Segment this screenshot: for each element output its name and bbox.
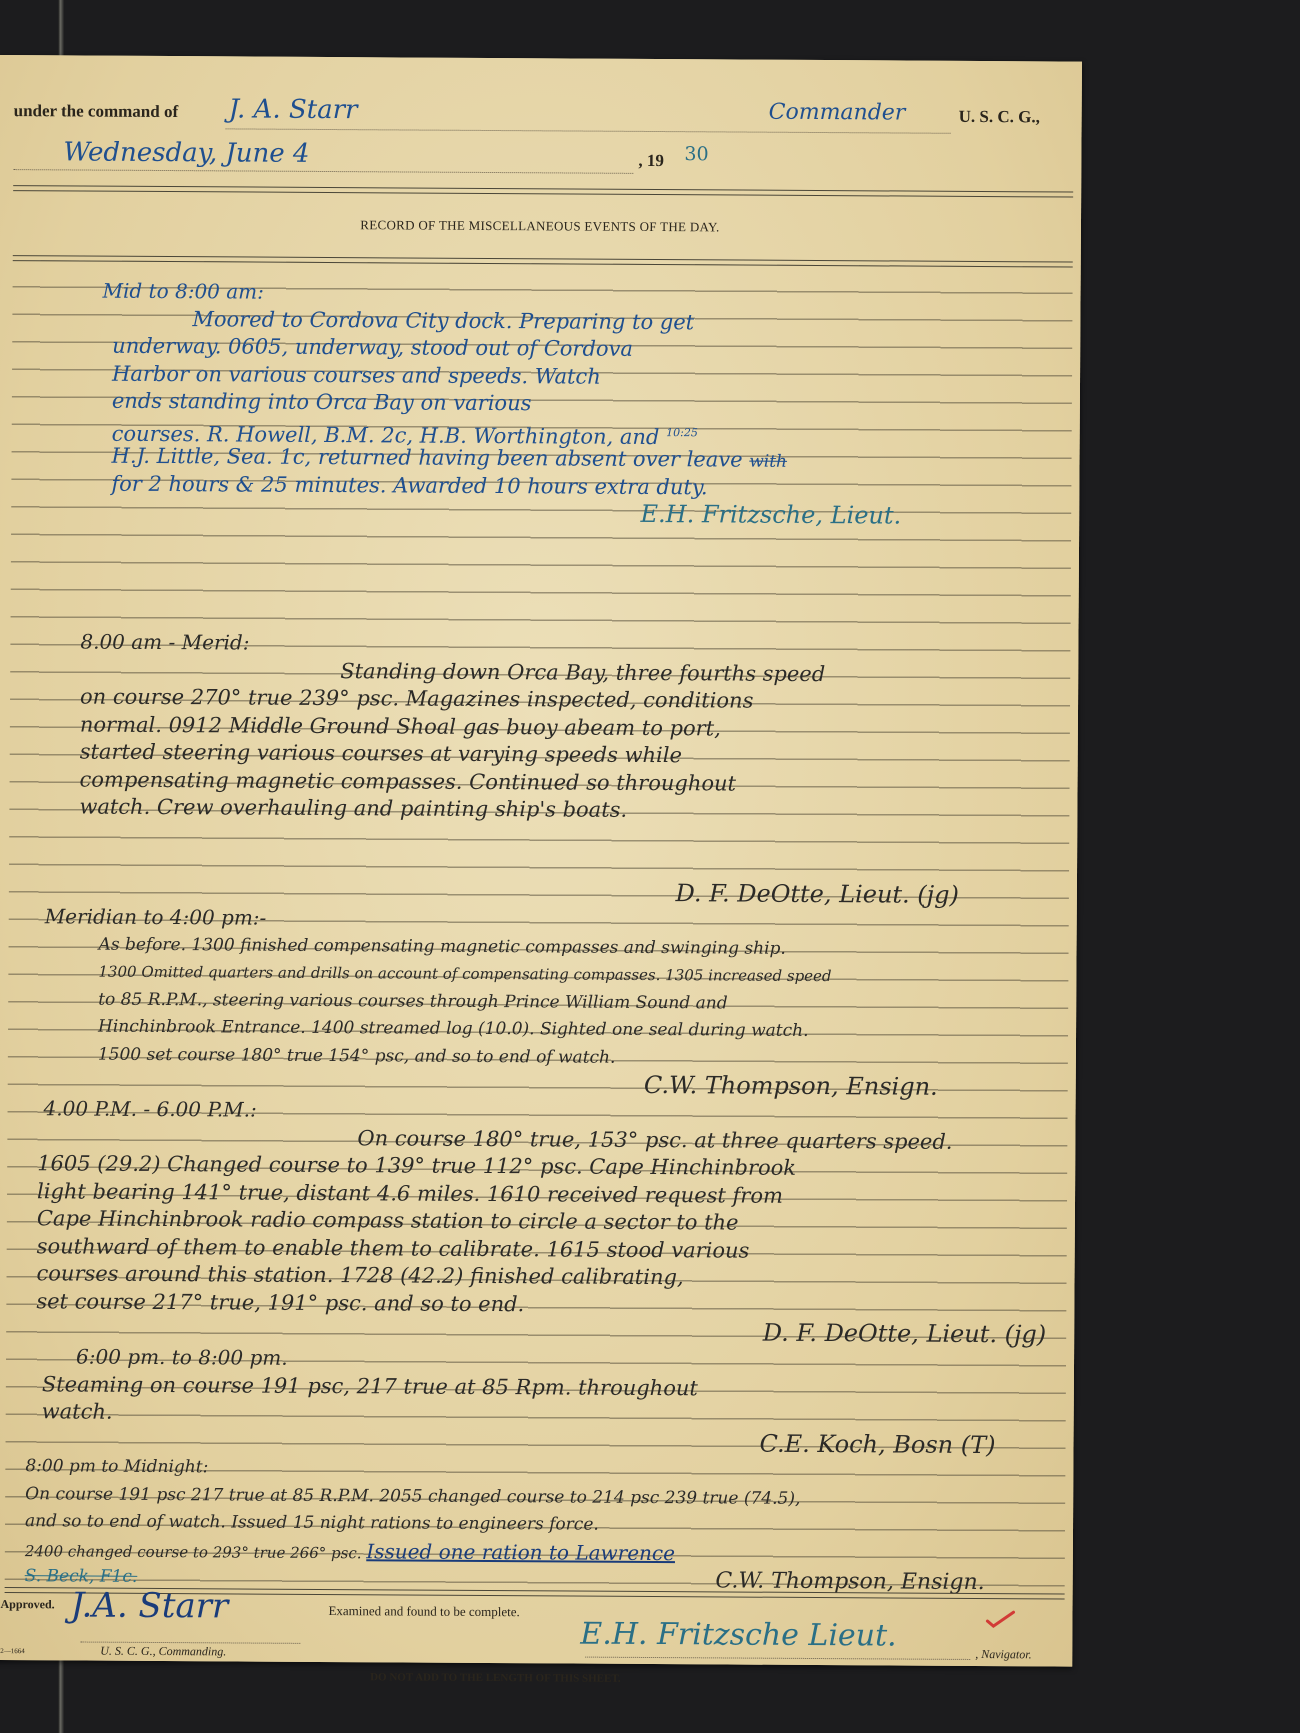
year-handwritten: 30 xyxy=(684,143,708,165)
commanding-label: U. S. C. G., Commanding. xyxy=(100,1644,226,1660)
command-line: under the command of J. A. Starr Command… xyxy=(14,95,1074,141)
entry-line-text: 2400 changed course to 293° true 266° ps… xyxy=(25,1542,362,1562)
time-annotation: 10:25 xyxy=(666,426,698,439)
length-warning: DO NOT ADD TO THE LENGTH OF THIS SHEET. xyxy=(370,1671,621,1685)
navigator-signature: E.H. Fritzsche Lieut. xyxy=(580,1617,896,1654)
navigator-dotted-rule xyxy=(585,1657,970,1660)
struck-word: with xyxy=(749,452,787,472)
command-label: under the command of xyxy=(14,101,179,122)
year-printed: , 19 xyxy=(638,151,664,171)
log-page: under the command of J. A. Starr Command… xyxy=(0,55,1082,1667)
log-entry-mid-to-0800: Mid to 8:00 am: Moored to Cordova City d… xyxy=(11,277,1072,531)
commanding-officer: J. A. Starr xyxy=(229,94,358,125)
section-title: RECORD OF THE MISCELLANEOUS EVENTS OF TH… xyxy=(0,215,1081,238)
log-entry-meridian-to-1600: Meridian to 4:00 pm:- As before. 1300 fi… xyxy=(8,903,1069,1102)
log-entry-1600-to-1800: 4.00 P.M. - 6.00 P.M.: On course 180° tr… xyxy=(6,1095,1067,1349)
form-number: 2—1664 xyxy=(0,1647,25,1655)
approved-label: Approved. xyxy=(0,1597,54,1612)
header-double-rule xyxy=(13,185,1073,197)
date-handwritten: Wednesday, June 4 xyxy=(63,137,309,169)
service-suffix: U. S. C. G., xyxy=(959,107,1040,127)
commanding-rank: Commander xyxy=(769,100,906,126)
log-entry-0800-to-meridian: 8.00 am - Merid: Standing down Orca Bay,… xyxy=(9,628,1071,909)
date-dotted-rule xyxy=(13,169,633,174)
log-entry-2000-to-midnight: 8:00 pm to Midnight: On course 191 psc 2… xyxy=(5,1453,1066,1597)
log-entry-1800-to-2000: 6:00 pm. to 8:00 pm. Steaming on course … xyxy=(5,1343,1066,1459)
date-line: Wednesday, June 4 , 19 30 xyxy=(13,137,1073,183)
entry-line-text: H.J. Little, Sea. 1c, returned having be… xyxy=(111,444,742,472)
examined-label: Examined and found to be complete. xyxy=(328,1603,519,1620)
navigator-label: , Navigator. xyxy=(975,1647,1031,1662)
approval-footer: Approved. J.A. Starr 2—1664 U. S. C. G.,… xyxy=(0,1585,1073,1672)
red-check-mark-icon xyxy=(985,1609,1015,1629)
command-dotted-rule xyxy=(226,128,951,133)
approver-signature: J.A. Starr xyxy=(70,1585,228,1626)
ration-note: Issued one ration to Lawrence xyxy=(366,1539,675,1565)
